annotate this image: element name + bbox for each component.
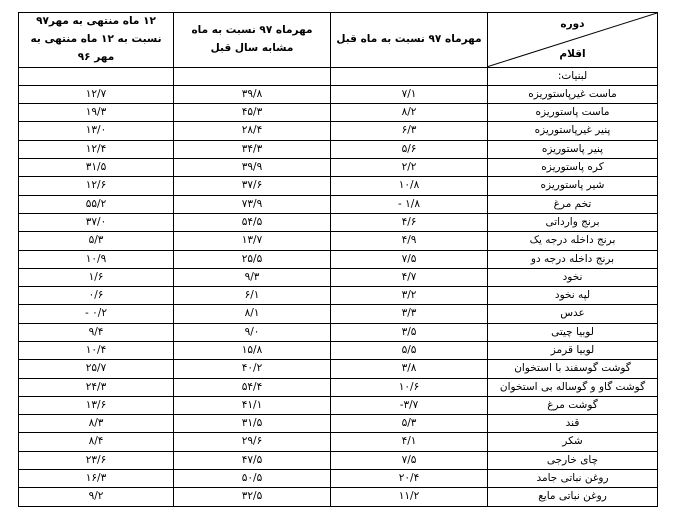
price-index-table: دوره اقلام مهرماه ۹۷ نسبت به ماه قبل مهر… xyxy=(18,12,658,507)
item-cell: عدس xyxy=(488,305,658,323)
corner-label-period: دوره xyxy=(488,16,657,34)
value-cell: ۵۰/۵ xyxy=(174,470,331,488)
value-cell: ۵/۳ xyxy=(19,232,174,250)
table-row: برنج وارداتی۴/۶۵۴/۵۳۷/۰ xyxy=(19,213,658,231)
value-cell: ۵/۵ xyxy=(331,341,488,359)
item-cell: روغن نباتی جامد xyxy=(488,470,658,488)
table-row: کره پاستوریزه۲/۲۳۹/۹۳۱/۵ xyxy=(19,159,658,177)
value-cell: ۷/۱ xyxy=(331,85,488,103)
value-cell: ۱۱/۲ xyxy=(331,488,488,506)
table-header: دوره اقلام مهرماه ۹۷ نسبت به ماه قبل مهر… xyxy=(19,13,658,68)
table-row: پنیر غیرپاستوریزه۶/۳۲۸/۴۱۳/۰ xyxy=(19,122,658,140)
value-cell: - ۰/۲ xyxy=(19,305,174,323)
table-row: روغن نباتی مایع۱۱/۲۳۲/۵۹/۲ xyxy=(19,488,658,506)
value-cell: ۴/۱ xyxy=(331,433,488,451)
table-body: لبنیات:ماست غیرپاستوریزه۷/۱۳۹/۸۱۲/۷ماست … xyxy=(19,67,658,506)
item-cell: گوشت مرغ xyxy=(488,396,658,414)
item-cell: تخم مرغ xyxy=(488,195,658,213)
value-cell: ۳۷/۰ xyxy=(19,213,174,231)
value-cell: ۴۱/۱ xyxy=(174,396,331,414)
value-cell xyxy=(174,67,331,85)
table-row: گوشت گوسفند با استخوان۳/۸۴۰/۲۲۵/۷ xyxy=(19,360,658,378)
item-cell: ماست غیرپاستوریزه xyxy=(488,85,658,103)
item-cell: نخود xyxy=(488,268,658,286)
value-cell: ۸/۳ xyxy=(19,415,174,433)
value-cell: ۱۶/۳ xyxy=(19,470,174,488)
value-cell: ۱۰/۶ xyxy=(331,378,488,396)
table-row: لوبیا چیتی۳/۵۹/۰۹/۴ xyxy=(19,323,658,341)
value-cell: ۸/۱ xyxy=(174,305,331,323)
value-cell: ۹/۰ xyxy=(174,323,331,341)
table-row: برنج داخله درجه یک۴/۹۱۳/۷۵/۳ xyxy=(19,232,658,250)
item-cell: برنج داخله درجه دو xyxy=(488,250,658,268)
page: { "colors": { "border": "#000000", "back… xyxy=(0,0,684,515)
value-cell: ۵/۶ xyxy=(331,140,488,158)
value-cell: ۳۴/۳ xyxy=(174,140,331,158)
value-cell: ۲۹/۶ xyxy=(174,433,331,451)
value-cell: ۸/۴ xyxy=(19,433,174,451)
value-cell: ۵۴/۴ xyxy=(174,378,331,396)
value-cell: ۳/۸ xyxy=(331,360,488,378)
value-cell: ۲۸/۴ xyxy=(174,122,331,140)
value-cell: ۲۵/۵ xyxy=(174,250,331,268)
table-row: نخود۴/۷۹/۳۱/۶ xyxy=(19,268,658,286)
value-cell: ۳/۳ xyxy=(331,305,488,323)
value-cell: ۳۲/۵ xyxy=(174,488,331,506)
value-cell: ۹/۳ xyxy=(174,268,331,286)
col-header-vs-prev-month: مهرماه ۹۷ نسبت به ماه قبل xyxy=(331,13,488,68)
table-row: لبنیات: xyxy=(19,67,658,85)
value-cell: ۹/۲ xyxy=(19,488,174,506)
table-row: ماست پاستوریزه۸/۲۴۵/۳۱۹/۳ xyxy=(19,104,658,122)
table-row: تخم مرغ- ۱/۸۷۳/۹۵۵/۲ xyxy=(19,195,658,213)
value-cell: ۱۲/۴ xyxy=(19,140,174,158)
table-row: ماست غیرپاستوریزه۷/۱۳۹/۸۱۲/۷ xyxy=(19,85,658,103)
value-cell: ۴۵/۳ xyxy=(174,104,331,122)
corner-label-items: اقلام xyxy=(488,46,657,64)
corner-cell: دوره اقلام xyxy=(488,13,658,68)
table-row: لپه نخود۳/۲۶/۱۰/۶ xyxy=(19,287,658,305)
value-cell: ۲۵/۷ xyxy=(19,360,174,378)
value-cell: ۱/۶ xyxy=(19,268,174,286)
value-cell: ۳/۲ xyxy=(331,287,488,305)
value-cell: ۹/۴ xyxy=(19,323,174,341)
value-cell: ۳۱/۵ xyxy=(174,415,331,433)
table-row: روغن نباتی جامد۲۰/۴۵۰/۵۱۶/۳ xyxy=(19,470,658,488)
value-cell: ۴/۹ xyxy=(331,232,488,250)
value-cell: ۳۷/۶ xyxy=(174,177,331,195)
item-cell: لوبیا چیتی xyxy=(488,323,658,341)
item-cell: لپه نخود xyxy=(488,287,658,305)
value-cell: ۱۰/۹ xyxy=(19,250,174,268)
table-row: قند۵/۳۳۱/۵۸/۳ xyxy=(19,415,658,433)
value-cell: ۷۳/۹ xyxy=(174,195,331,213)
value-cell: ۳۹/۹ xyxy=(174,159,331,177)
value-cell xyxy=(19,67,174,85)
col-header-vs-same-month-last-year: مهرماه ۹۷ نسبت به ماه مشابه سال قبل xyxy=(174,13,331,68)
table-row: عدس۳/۳۸/۱- ۰/۲ xyxy=(19,305,658,323)
value-cell: ۳۱/۵ xyxy=(19,159,174,177)
value-cell: ۴۰/۲ xyxy=(174,360,331,378)
item-cell: برنج وارداتی xyxy=(488,213,658,231)
value-cell: ۱۰/۸ xyxy=(331,177,488,195)
value-cell: ۲۴/۳ xyxy=(19,378,174,396)
value-cell: ۴/۶ xyxy=(331,213,488,231)
value-cell: ۸/۲ xyxy=(331,104,488,122)
value-cell: ۱۰/۴ xyxy=(19,341,174,359)
item-cell: گوشت گاو و گوساله بی استخوان xyxy=(488,378,658,396)
value-cell: ۰/۶ xyxy=(19,287,174,305)
table-row: برنج داخله درجه دو۷/۵۲۵/۵۱۰/۹ xyxy=(19,250,658,268)
value-cell: ۴۷/۵ xyxy=(174,451,331,469)
table-row: شیر پاستوریزه۱۰/۸۳۷/۶۱۲/۶ xyxy=(19,177,658,195)
value-cell: ۱۲/۶ xyxy=(19,177,174,195)
value-cell: ۱۳/۶ xyxy=(19,396,174,414)
value-cell: -۳/۷ xyxy=(331,396,488,414)
item-cell: چای خارجی xyxy=(488,451,658,469)
item-cell: شیر پاستوریزه xyxy=(488,177,658,195)
item-cell: کره پاستوریزه xyxy=(488,159,658,177)
item-cell: پنیر غیرپاستوریزه xyxy=(488,122,658,140)
item-cell: شکر xyxy=(488,433,658,451)
value-cell: ۴/۷ xyxy=(331,268,488,286)
item-cell: قند xyxy=(488,415,658,433)
value-cell: ۲۳/۶ xyxy=(19,451,174,469)
item-cell: لبنیات: xyxy=(488,67,658,85)
item-cell: پنیر پاستوریزه xyxy=(488,140,658,158)
value-cell: ۱۲/۷ xyxy=(19,85,174,103)
table-row: شکر۴/۱۲۹/۶۸/۴ xyxy=(19,433,658,451)
item-cell: روغن نباتی مایع xyxy=(488,488,658,506)
value-cell: ۱۳/۷ xyxy=(174,232,331,250)
value-cell: ۳/۵ xyxy=(331,323,488,341)
item-cell: گوشت گوسفند با استخوان xyxy=(488,360,658,378)
value-cell: ۱۳/۰ xyxy=(19,122,174,140)
item-cell: برنج داخله درجه یک xyxy=(488,232,658,250)
value-cell: ۱۹/۳ xyxy=(19,104,174,122)
table-row: چای خارجی۷/۵۴۷/۵۲۳/۶ xyxy=(19,451,658,469)
table-row: گوشت گاو و گوساله بی استخوان۱۰/۶۵۴/۴۲۴/۳ xyxy=(19,378,658,396)
header-row: دوره اقلام مهرماه ۹۷ نسبت به ماه قبل مهر… xyxy=(19,13,658,68)
item-cell: ماست پاستوریزه xyxy=(488,104,658,122)
value-cell: ۷/۵ xyxy=(331,451,488,469)
col-header-12-month: ۱۲ ماه منتهی به مهر۹۷ نسبت به ۱۲ ماه منت… xyxy=(19,13,174,68)
table-row: لوبیا قرمز۵/۵۱۵/۸۱۰/۴ xyxy=(19,341,658,359)
value-cell: ۲۰/۴ xyxy=(331,470,488,488)
table-row: گوشت مرغ-۳/۷۴۱/۱۱۳/۶ xyxy=(19,396,658,414)
value-cell xyxy=(331,67,488,85)
value-cell: ۶/۳ xyxy=(331,122,488,140)
value-cell: ۵۴/۵ xyxy=(174,213,331,231)
value-cell: ۷/۵ xyxy=(331,250,488,268)
value-cell: ۲/۲ xyxy=(331,159,488,177)
value-cell: ۵/۳ xyxy=(331,415,488,433)
value-cell: - ۱/۸ xyxy=(331,195,488,213)
value-cell: ۵۵/۲ xyxy=(19,195,174,213)
value-cell: ۱۵/۸ xyxy=(174,341,331,359)
value-cell: ۳۹/۸ xyxy=(174,85,331,103)
value-cell: ۶/۱ xyxy=(174,287,331,305)
table-row: پنیر پاستوریزه۵/۶۳۴/۳۱۲/۴ xyxy=(19,140,658,158)
item-cell: لوبیا قرمز xyxy=(488,341,658,359)
